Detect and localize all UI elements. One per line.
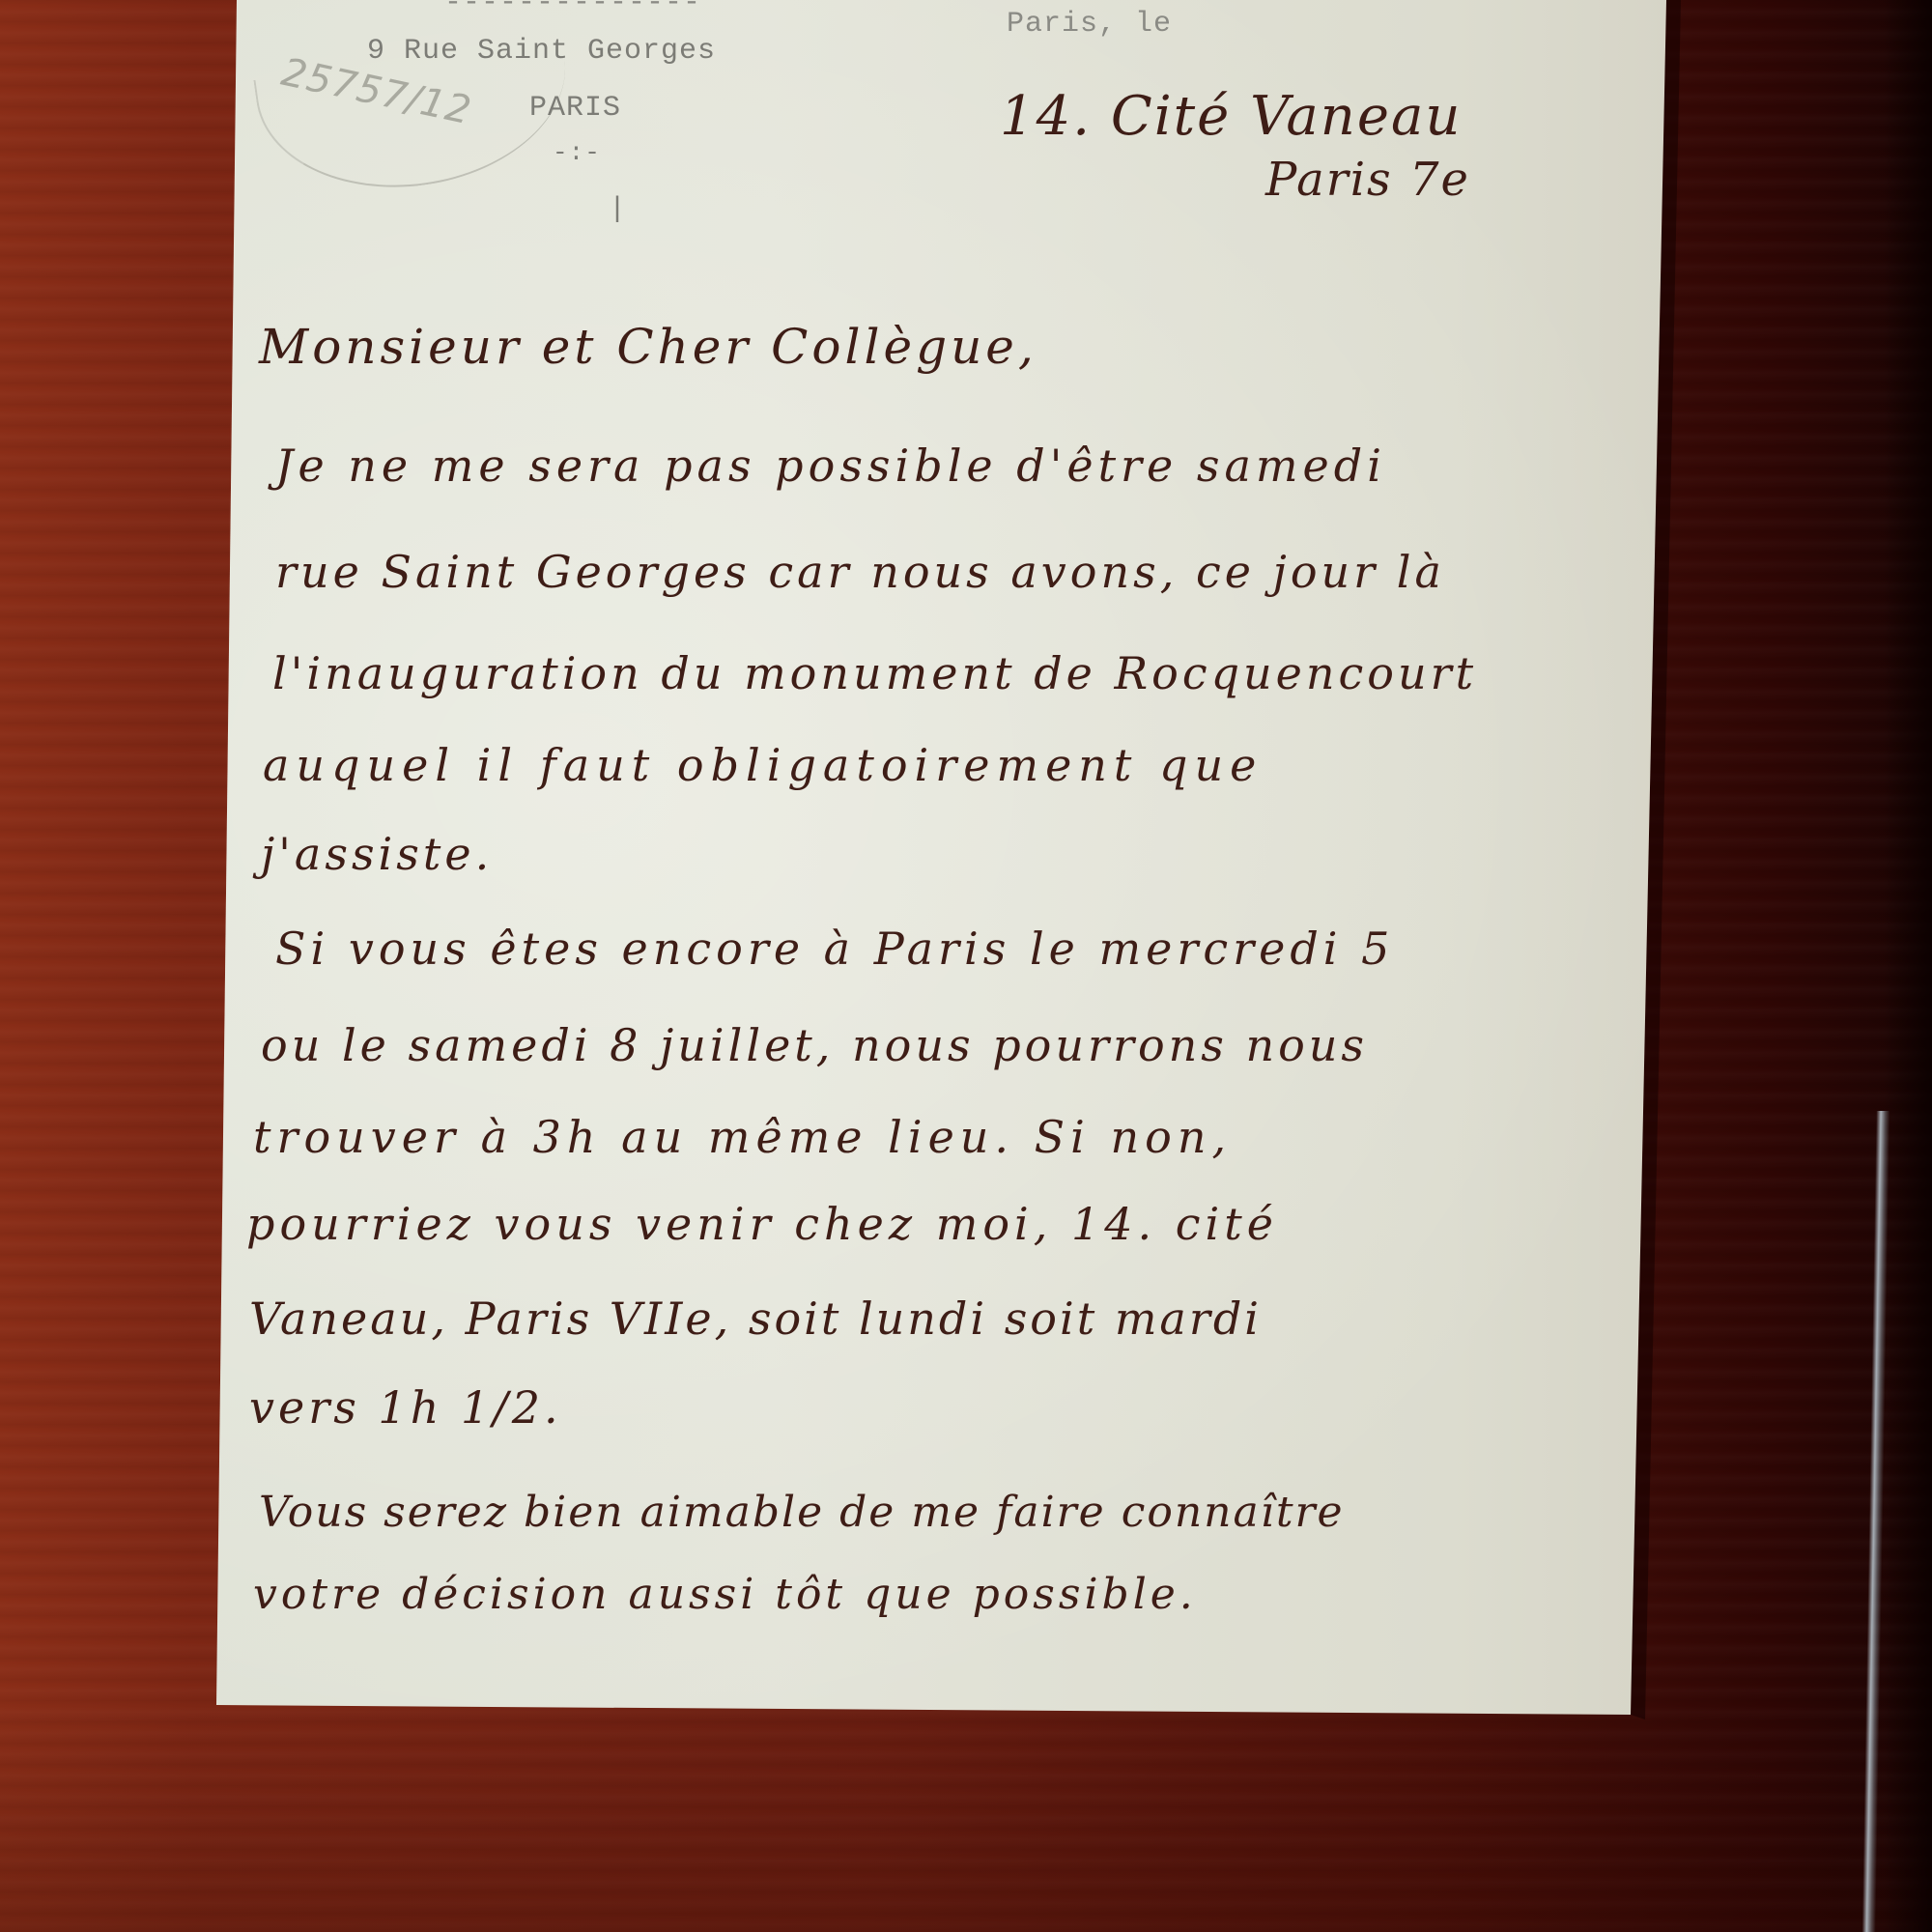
table-shadow (0, 1700, 1932, 1932)
sender-address-line1: 14. Cité Vaneau (1000, 85, 1462, 148)
body-line: Vous serez bien aimable de me faire conn… (259, 1488, 1345, 1537)
body-line: Vaneau, Paris VIIe, soit lundi soit mard… (249, 1293, 1262, 1345)
letterhead-tick: | (609, 193, 627, 226)
letterhead-rule: -------------- (444, 0, 701, 19)
background-dark-edge (1884, 0, 1932, 1932)
body-line: j'assiste. (261, 828, 493, 880)
body-line: vers 1h 1/2. (249, 1381, 562, 1434)
body-line: rue Saint Georges car nous avons, ce jou… (275, 546, 1445, 598)
sender-address-line2: Paris 7e (1265, 153, 1470, 207)
salutation: Monsieur et Cher Collègue, (259, 319, 1037, 375)
body-line: trouver à 3h au même lieu. Si non, (253, 1111, 1232, 1163)
body-line: l'inauguration du monument de Rocquencou… (272, 647, 1477, 699)
body-line: Si vous êtes encore à Paris le mercredi … (275, 923, 1394, 975)
letterhead-ornament: -:- (553, 138, 601, 167)
body-line: votre décision aussi tôt que possible. (253, 1570, 1197, 1619)
body-line: Je ne me sera pas possible d'être samedi (275, 440, 1386, 492)
date-prefix: Paris, le (1007, 8, 1172, 41)
body-line: ou le samedi 8 juillet, nous pourrons no… (261, 1019, 1368, 1071)
body-line: auquel il faut obligatoirement que (263, 739, 1263, 791)
body-line: pourriez vous venir chez moi, 14. cité (246, 1198, 1278, 1250)
